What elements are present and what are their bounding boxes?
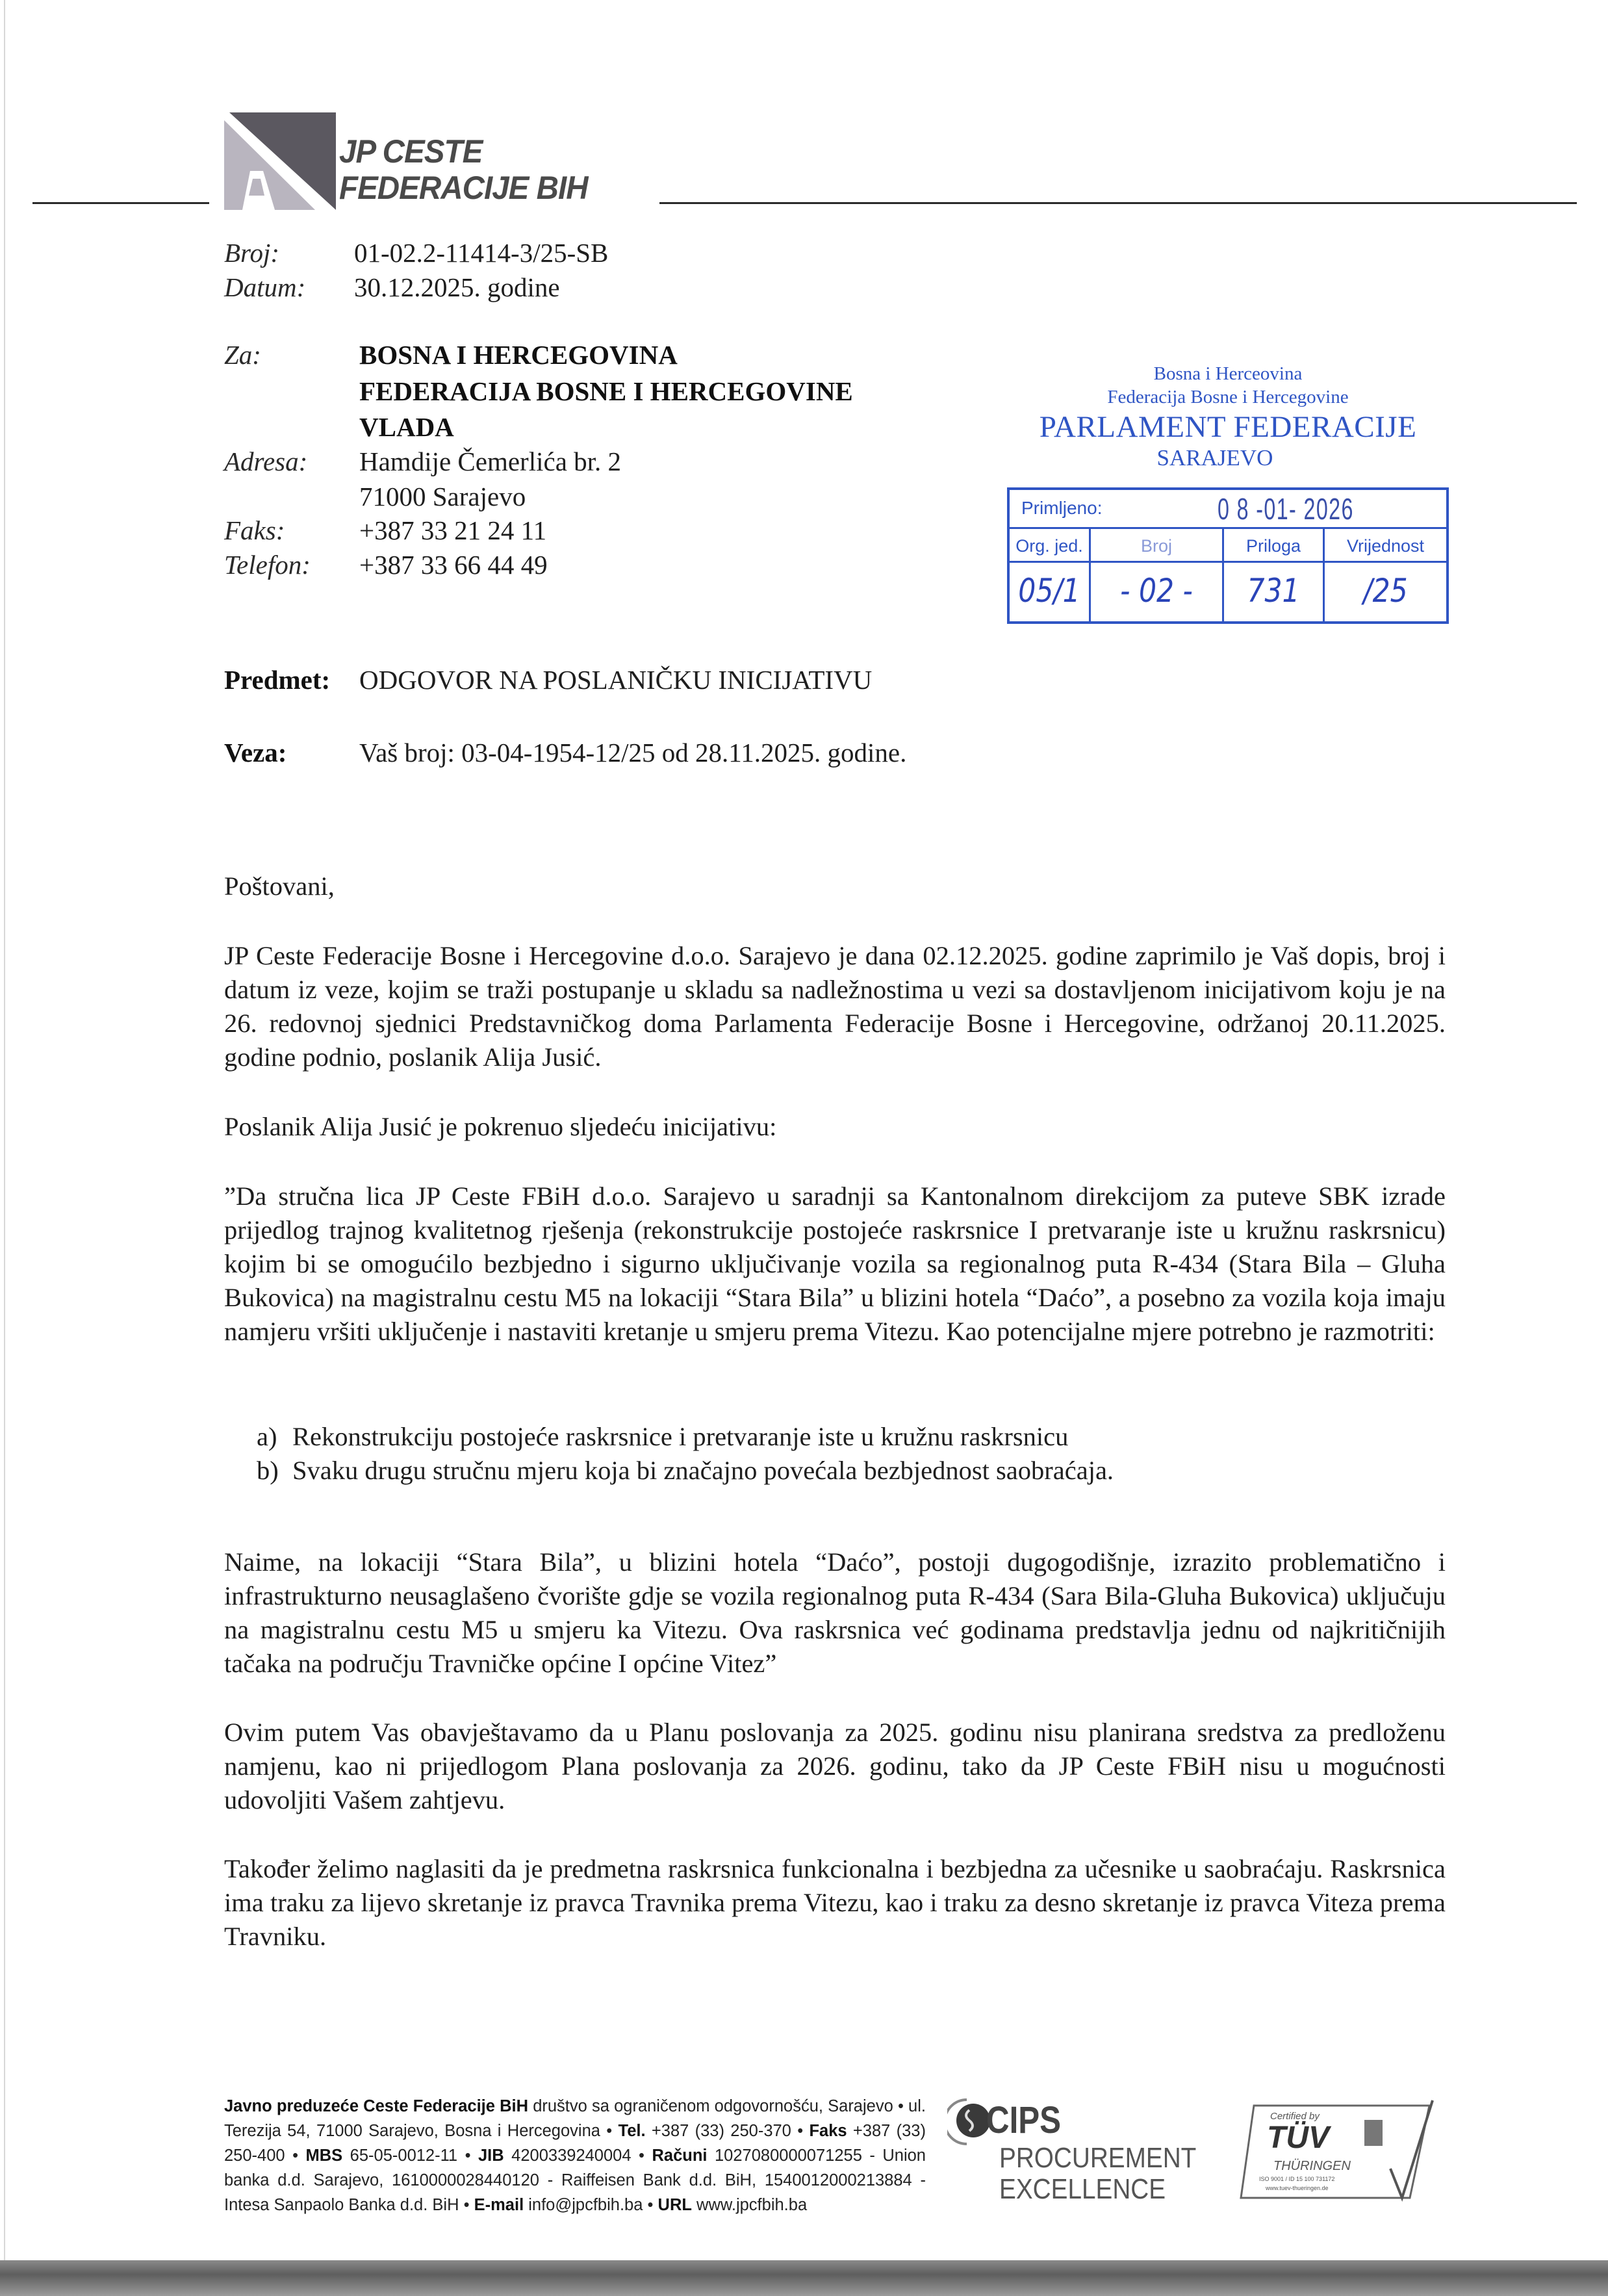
primljeno-date: 0 8 -01- 2026 — [1218, 491, 1354, 526]
stamp-col-value: /25 — [1334, 563, 1437, 619]
header-rule-right — [659, 202, 1577, 204]
company-footer: Javno preduzeće Ceste Federacije BiH dru… — [224, 2094, 926, 2217]
stamp-cell-priloga: Priloga 731 — [1224, 529, 1325, 621]
salutation: Poštovani, — [224, 870, 1446, 903]
cips-word: CIPS — [986, 2098, 1061, 2142]
list-marker: a) — [257, 1420, 292, 1454]
tuv-certification-logo: Certified by TÜV THÜRINGEN ISO 9001 / ID… — [1234, 2094, 1436, 2204]
telefon-label: Telefon: — [224, 549, 359, 580]
body-paragraph-4: Ovim putem Vas obavještavamo da u Planu … — [224, 1716, 1446, 1817]
stamp-col-value: 05/1 — [1015, 563, 1083, 619]
stamp-line-3: PARLAMENT FEDERACIJE — [1001, 409, 1455, 445]
faks-value: +387 33 21 24 11 — [359, 515, 546, 546]
list-marker: b) — [257, 1454, 292, 1488]
footer-company-name: Javno preduzeće Ceste Federacije BiH — [224, 2097, 528, 2115]
recipient-row-2: FEDERACIJA BOSNE I HERCEGOVINE — [224, 376, 853, 407]
recipient-line: VLADA — [359, 411, 454, 443]
reference-number-row: Broj: 01-02.2-11414-3/25-SB — [224, 237, 608, 268]
telefon-value: +387 33 66 44 49 — [359, 549, 548, 580]
body-paragraph-1: JP Ceste Federacije Bosne i Hercegovine … — [224, 939, 1446, 1074]
stamp-register-box: Primljeno: 0 8 -01- 2026 Org. jed. 05/1 … — [1007, 487, 1449, 624]
stamp-col-header: Broj — [1091, 529, 1222, 563]
stamp-col-header: Org. jed. — [1010, 529, 1089, 563]
broj-label: Broj: — [224, 237, 354, 268]
brand-line-1: JP CESTE — [339, 133, 588, 170]
stamp-line-2: Federacija Bosne i Hercegovine — [1001, 385, 1455, 409]
letter-body: Poštovani, JP Ceste Federacije Bosne i H… — [224, 870, 1446, 1348]
footer-mbs: 65-05-0012-11 — [342, 2147, 465, 2165]
subject-row: Predmet: ODGOVOR NA POSLANIČKU INICIJATI… — [224, 664, 872, 695]
veza-value: Vaš broj: 03-04-1954-12/25 od 28.11.2025… — [359, 737, 906, 768]
cips-line-2: EXCELLENCE — [999, 2174, 1166, 2205]
list-text: Svaku drugu stručnu mjeru koja bi značaj… — [292, 1454, 1114, 1488]
list-text: Rekonstrukciju postojeće raskrsnice i pr… — [292, 1420, 1068, 1454]
tuv-word: TÜV — [1267, 2120, 1329, 2156]
footer-phone: +387 (33) 250-370 — [646, 2122, 798, 2140]
stamp-line-1: Bosna i Herceovina — [1001, 362, 1455, 385]
phone-row: Telefon: +387 33 66 44 49 — [224, 549, 548, 580]
address-row-1: Adresa: Hamdije Čemerlića br. 2 — [224, 446, 621, 477]
footer-email-link[interactable]: info@jpcfbih.ba — [524, 2196, 647, 2214]
tuv-url: www.tuev-thueringen.de — [1266, 2185, 1329, 2191]
stamp-received-row: Primljeno: 0 8 -01- 2026 — [1010, 490, 1446, 529]
scan-bottom-edge — [0, 2260, 1608, 2296]
faks-label: Faks: — [224, 515, 359, 546]
broj-value: 01-02.2-11414-3/25-SB — [354, 237, 608, 268]
address-line: Hamdije Čemerlića br. 2 — [359, 446, 621, 477]
bullet: • — [898, 2097, 904, 2115]
stamp-cell-vrijednost: Vrijednost /25 — [1325, 529, 1446, 621]
stamp-col-value: - 02 - — [1101, 563, 1212, 619]
stamp-cell-broj: Broj - 02 - — [1091, 529, 1224, 621]
stamp-line-4: SARAJEVO — [975, 445, 1455, 471]
reference-date-row: Datum: 30.12.2025. godine — [224, 272, 560, 303]
stamp-col-value: 731 — [1231, 563, 1315, 619]
address-line: 71000 Sarajevo — [359, 481, 526, 512]
scan-left-edge — [4, 0, 5, 2262]
predmet-value: ODGOVOR NA POSLANIČKU INICIJATIVU — [359, 664, 872, 695]
tuv-frame-icon — [1234, 2094, 1436, 2204]
recipient-line: BOSNA I HERCEGOVINA — [359, 339, 678, 370]
initiative-quote: ”Da stručna lica JP Ceste FBiH d.o.o. Sa… — [224, 1180, 1446, 1348]
list-item: b) Svaku drugu stručnu mjeru koja bi zna… — [257, 1454, 1426, 1488]
adresa-label: Adresa: — [224, 446, 359, 477]
stamp-register-grid: Org. jed. 05/1 Broj - 02 - Priloga 731 V… — [1010, 529, 1446, 621]
tuv-region: THÜRINGEN — [1273, 2159, 1351, 2174]
brand-name: JP CESTE FEDERACIJE BIH — [339, 133, 588, 206]
recipient-row-1: Za: BOSNA I HERCEGOVINA — [224, 339, 678, 370]
tuv-iso: ISO 9001 / ID 15 100 731172 — [1259, 2176, 1334, 2182]
stamp-col-header: Priloga — [1224, 529, 1323, 563]
stamp-col-header: Vrijednost — [1325, 529, 1446, 563]
header-rule-left — [32, 202, 209, 204]
body-paragraph-5: Također želimo naglasiti da je predmetna… — [224, 1852, 1446, 1954]
datum-label: Datum: — [224, 272, 354, 303]
cips-certification-logo: CIPS PROCUREMENT EXCELLENCE — [947, 2096, 1220, 2213]
body-paragraph-3: Naime, na lokaciji “Stara Bila”, u blizi… — [224, 1545, 1446, 1681]
address-row-2: 71000 Sarajevo — [224, 481, 526, 512]
cips-line-1: PROCUREMENT — [999, 2143, 1196, 2174]
ceste-road-logo-icon — [224, 106, 336, 210]
predmet-label: Predmet: — [224, 664, 359, 695]
body-paragraph-2: Poslanik Alija Jusić je pokrenuo sljedeć… — [224, 1110, 1446, 1144]
letter-body-continued: Naime, na lokaciji “Stara Bila”, u blizi… — [224, 1545, 1446, 1954]
recipient-line: FEDERACIJA BOSNE I HERCEGOVINE — [359, 376, 853, 407]
datum-value: 30.12.2025. godine — [354, 272, 560, 303]
primljeno-label: Primljeno: — [1021, 498, 1102, 519]
fax-row: Faks: +387 33 21 24 11 — [224, 515, 546, 546]
reference-link-row: Veza: Vaš broj: 03-04-1954-12/25 od 28.1… — [224, 737, 906, 768]
parliament-receipt-stamp: Bosna i Herceovina Federacija Bosne i He… — [1001, 354, 1455, 471]
footer-url-link[interactable]: www.jpcfbih.ba — [692, 2196, 807, 2214]
stamp-cell-org-jed: Org. jed. 05/1 — [1010, 529, 1091, 621]
brand-line-2: FEDERACIJE BIH — [339, 170, 588, 206]
list-item: a) Rekonstrukciju postojeće raskrsnice i… — [257, 1420, 1426, 1454]
veza-label: Veza: — [224, 737, 359, 768]
za-label: Za: — [224, 339, 359, 370]
measures-list: a) Rekonstrukciju postojeće raskrsnice i… — [257, 1420, 1426, 1488]
recipient-row-3: VLADA — [224, 411, 454, 443]
footer-jib: 4200339240004 — [504, 2147, 639, 2165]
